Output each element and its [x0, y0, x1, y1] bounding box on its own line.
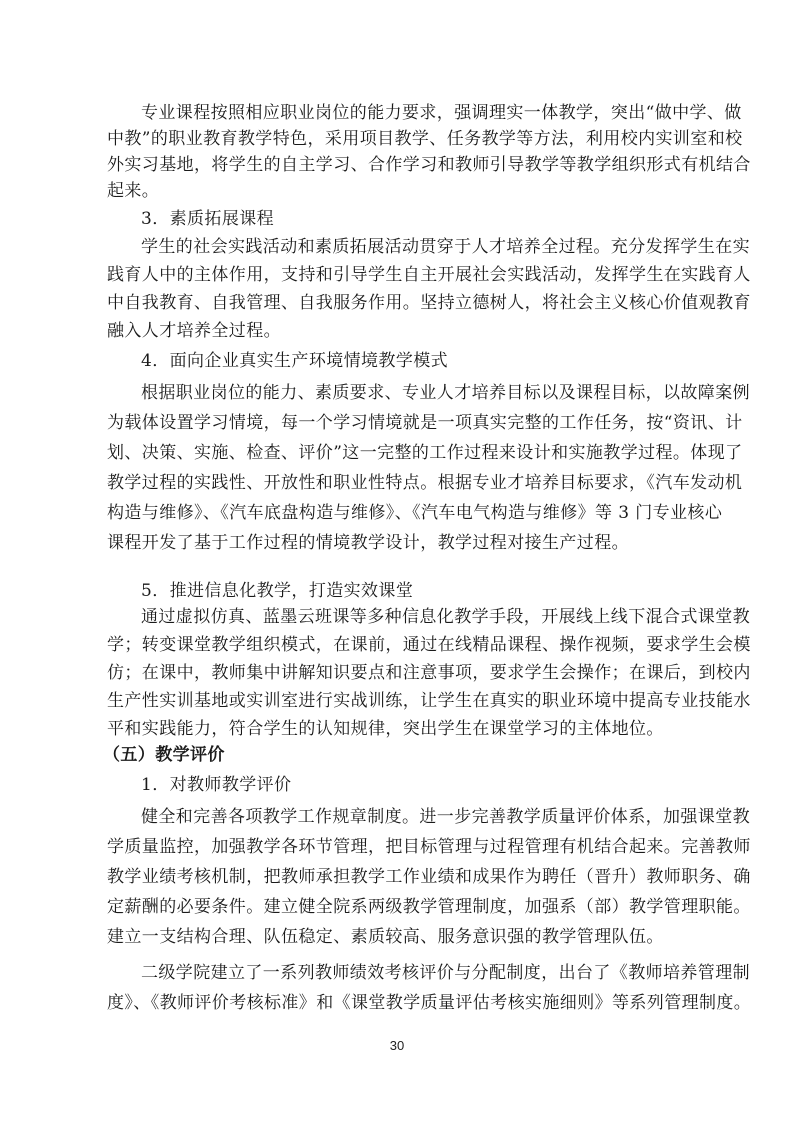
text-line: 践育人中的主体作用，支持和引导学生自主开展社会实践活动，发挥学生在实践育人 — [107, 262, 751, 288]
section-heading: （五）教学评价 — [103, 742, 225, 768]
page-number: 30 — [0, 1038, 794, 1053]
text-line: 学生的社会实践活动和素质拓展活动贯穿于人才培养全过程。充分发挥学生在实 — [141, 234, 750, 260]
text-line: 中教”的职业教育教学特色，采用项目教学、任务教学等方法，利用校内实训室和校 — [107, 126, 743, 152]
text-line: 为载体设置学习情境，每一个学习情境就是一项真实完整的工作任务，按“资讯、计 — [107, 410, 743, 436]
text-line: 构造与维修》、《汽车底盘构造与维修》、《汽车电气构造与维修》等 3 门专业核心 — [107, 500, 722, 526]
text-line: 健全和完善各项教学工作规章制度。进一步完善教学质量评价体系，加强课堂教 — [141, 804, 750, 830]
text-line: 1．对教师教学评价 — [141, 772, 291, 798]
text-line: 仿；在课中，教师集中讲解知识要点和注意事项，要求学生会操作；在课后，到校内 — [107, 660, 751, 686]
text-line: 通过虚拟仿真、蓝墨云班课等多种信息化教学手段，开展线上线下混合式课堂教 — [141, 604, 750, 630]
text-line: 定薪酬的必要条件。建立健全院系两级教学管理制度，加强系（部）教学管理职能。 — [107, 894, 751, 920]
text-line: 度》、《教师评价考核标准》和《课堂教学质量评估考核实施细则》等系列管理制度。 — [107, 990, 751, 1016]
text-line: 专业课程按照相应职业岗位的能力要求，强调理实一体教学，突出“做中学、做 — [141, 100, 742, 126]
text-line: 生产性实训基地或实训室进行实战训练，让学生在真实的职业环境中提高专业技能水 — [107, 688, 751, 714]
text-line: 学质量监控，加强教学各环节管理，把目标管理与过程管理有机结合起来。完善教师 — [107, 834, 751, 860]
text-line: 教学过程的实践性、开放性和职业性特点。根据专业才培养目标要求，《汽车发动机 — [107, 470, 742, 496]
text-line: 融入人才培养全过程。 — [107, 318, 281, 344]
text-line: 建立一支结构合理、队伍稳定、素质较高、服务意识强的教学管理队伍。 — [107, 924, 664, 950]
text-line: 5．推进信息化教学，打造实效课堂 — [141, 578, 413, 604]
text-line: 4．面向企业真实生产环境情境教学模式 — [141, 348, 448, 374]
text-line: 3．素质拓展课程 — [141, 206, 274, 232]
text-line: 划、决策、实施、检查、评价”这一完整的工作过程来设计和实施教学过程。体现了 — [107, 440, 743, 466]
text-line: 根据职业岗位的能力、素质要求、专业人才培养目标以及课程目标，以故障案例 — [141, 380, 750, 406]
text-line: 二级学院建立了一系列教师绩效考核评价与分配制度，出台了《教师培养管理制 — [141, 960, 750, 986]
text-line: 平和实践能力，符合学生的认知规律，突出学生在课堂学习的主体地位。 — [107, 716, 664, 742]
text-line: 起来。 — [107, 178, 159, 204]
text-line: 中自我教育、自我管理、自我服务作用。坚持立德树人，将社会主义核心价值观教育 — [107, 290, 751, 316]
text-line: 学；转变课堂教学组织模式，在课前，通过在线精品课程、操作视频，要求学生会模 — [107, 632, 751, 658]
text-line: 外实习基地，将学生的自主学习、合作学习和教师引导教学等教学组织形式有机结合 — [107, 152, 751, 178]
text-line: 课程开发了基于工作过程的情境教学设计，教学过程对接生产过程。 — [107, 530, 629, 556]
text-line: 教学业绩考核机制，把教师承担教学工作业绩和成果作为聘任（晋升）教师职务、确 — [107, 864, 751, 890]
